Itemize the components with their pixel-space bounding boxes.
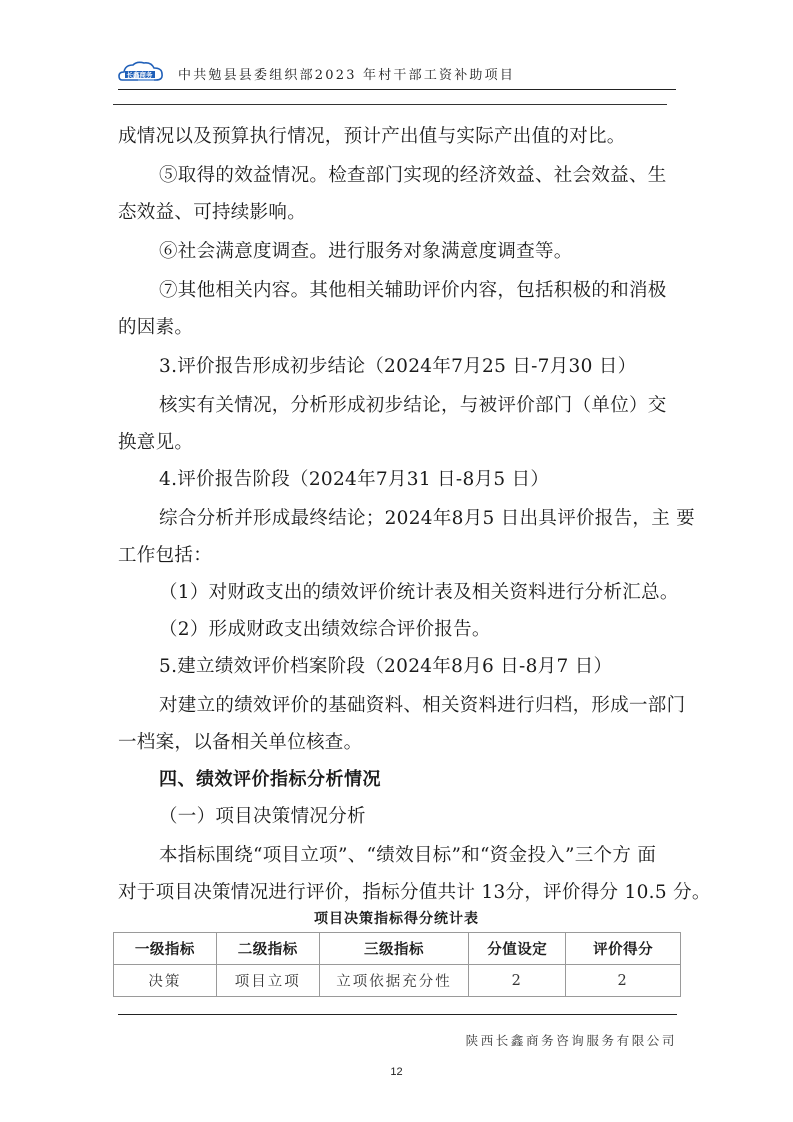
paragraph-line: 态效益、可持续影响。 xyxy=(118,194,678,231)
paragraph-line: 换意见。 xyxy=(118,424,678,461)
paragraph-line: 综合分析并形成最终结论；2024年8月5 日出具评价报告，主 要 xyxy=(122,500,678,537)
paragraph-line: 4.评价报告阶段（2024年7月31 日-8月5 日） xyxy=(122,461,678,498)
paragraph-line: 对于项目决策情况进行评价，指标分值共计 13分，评价得分 10.5 分。 xyxy=(118,874,678,911)
paragraph-line: 成情况以及预算执行情况，预计产出值与实际产出值的对比。 xyxy=(118,118,678,155)
cell-max-score: 2 xyxy=(469,965,566,997)
document-body: 成情况以及预算执行情况，预计产出值与实际产出值的对比。 ⑤取得的效益情况。检查部… xyxy=(122,118,678,911)
cell-score: 2 xyxy=(566,965,681,997)
header-divider-secondary xyxy=(113,104,667,105)
column-header-level2: 二级指标 xyxy=(216,933,319,965)
paragraph-line: ⑥社会满意度调查。进行服务对象满意度调查等。 xyxy=(122,233,678,270)
column-header-score: 评价得分 xyxy=(566,933,681,965)
document-header-title: 中共勉县县委组织部2023 年村干部工资补助项目 xyxy=(178,64,515,83)
column-header-level1: 一级指标 xyxy=(114,933,217,965)
paragraph-line: ⑤取得的效益情况。检查部门实现的经济效益、社会效益、生 xyxy=(122,157,678,194)
paragraph-line: （2）形成财政支出绩效综合评价报告。 xyxy=(122,611,678,648)
paragraph-line: （1）对财政支出的绩效评价统计表及相关资料进行分析汇总。 xyxy=(122,574,678,611)
paragraph-line: 5.建立绩效评价档案阶段（2024年8月6 日-8月7 日） xyxy=(122,648,678,685)
page-header: 长鑫商务 中共勉县县委组织部2023 年村干部工资补助项目 xyxy=(118,58,676,90)
decision-score-table: 一级指标 二级指标 三级指标 分值设定 评价得分 决策 项目立项 立项依据充分性… xyxy=(113,932,681,997)
subsection-heading: （一）项目决策情况分析 xyxy=(122,798,678,835)
paragraph-line: 的因素。 xyxy=(118,309,678,346)
paragraph-line: 本指标围绕“项目立项”、“绩效目标”和“资金投入”三个方 面 xyxy=(122,837,678,874)
table-row: 决策 项目立项 立项依据充分性 2 2 xyxy=(114,965,681,997)
page-number: 12 xyxy=(0,1066,793,1078)
paragraph-line: 3.评价报告形成初步结论（2024年7月25 日-7月30 日） xyxy=(122,348,678,385)
column-header-level3: 三级指标 xyxy=(319,933,469,965)
header-divider xyxy=(118,89,676,90)
paragraph-line: 核实有关情况，分析形成初步结论，与被评价部门（单位）交 xyxy=(122,387,678,424)
paragraph-line: ⑦其他相关内容。其他相关辅助评价内容，包括积极的和消极 xyxy=(122,272,678,309)
paragraph-line: 一档案，以备相关单位核查。 xyxy=(118,724,678,761)
column-header-max-score: 分值设定 xyxy=(469,933,566,965)
paragraph-line: 对建立的绩效评价的基础资料、相关资料进行归档，形成一部门 xyxy=(122,687,678,724)
table-header-row: 一级指标 二级指标 三级指标 分值设定 评价得分 xyxy=(114,933,681,965)
paragraph-line: 工作包括： xyxy=(118,537,678,574)
section-heading: 四、绩效评价指标分析情况 xyxy=(122,761,678,798)
footer-divider xyxy=(118,1014,677,1015)
cell-level1: 决策 xyxy=(114,965,217,997)
svg-text:长鑫商务: 长鑫商务 xyxy=(127,70,154,79)
cell-level3: 立项依据充分性 xyxy=(319,965,469,997)
table-caption: 项目决策指标得分统计表 xyxy=(0,908,793,928)
cell-level2: 项目立项 xyxy=(216,965,319,997)
footer-company-name: 陕西长鑫商务咨询服务有限公司 xyxy=(466,1031,677,1049)
company-logo-icon: 长鑫商务 xyxy=(118,60,164,82)
